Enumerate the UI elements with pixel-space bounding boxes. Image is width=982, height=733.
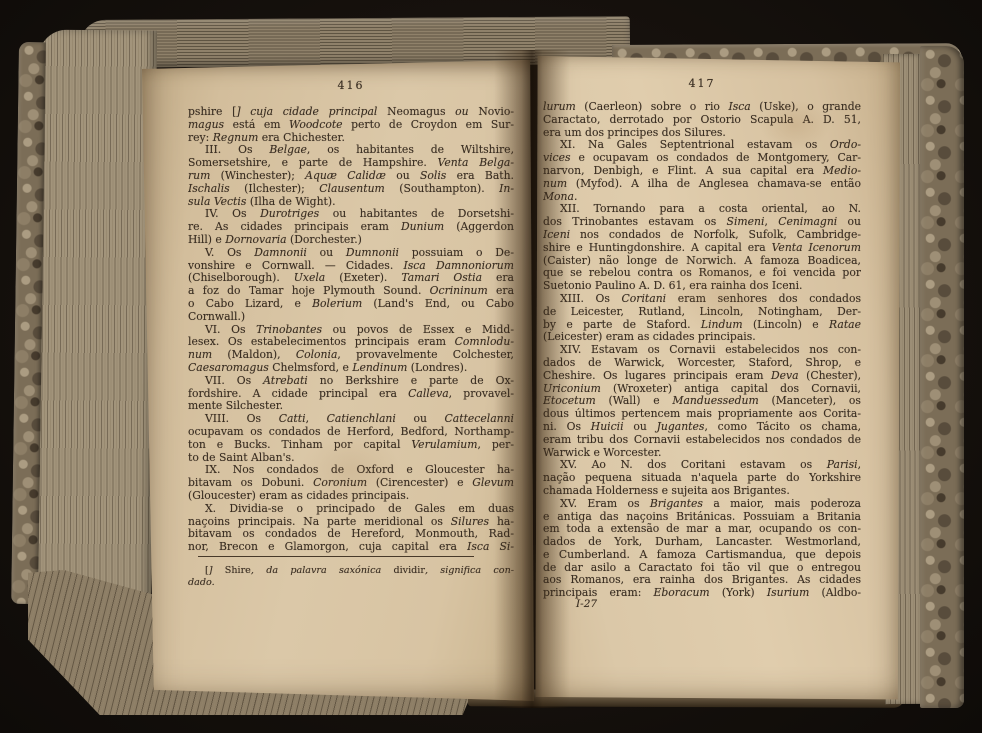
text-line: Etocetum (Wall) e Manduessedum (Manceter…: [543, 395, 861, 408]
text-line: XI. Na Gales Septentrional estavam os Or…: [543, 139, 861, 152]
text-line: VIII. Os Catti, Catienchlani ou Cattecel…: [188, 413, 514, 426]
text-line: e Cumberland. A famoza Cartismandua, que…: [543, 549, 861, 562]
book-fore-edge-page-stack: [33, 29, 157, 628]
text-line: Caesaromagus Chelmsford, e Lendinum (Lon…: [188, 362, 514, 375]
text-line: (Caister) não longe de Norwich. A famoza…: [543, 255, 861, 268]
text-line: dados de Warwick, Worcester, Staford, Sh…: [543, 357, 861, 370]
text-line: lesex. Os estabelecimentos principais er…: [188, 336, 514, 349]
text-line: re. As cidades principais eram Dunium (A…: [188, 221, 514, 234]
right-page-number: 417: [543, 77, 861, 90]
footnote-divider: [198, 556, 474, 557]
text-line: dos Trinobantes estavam os Simeni, Cenim…: [543, 216, 861, 229]
text-line: Hill) e Dornovaria (Dorchester.): [188, 234, 514, 247]
text-line: rum (Winchester); Aquæ Calidæ ou Solis e…: [188, 170, 514, 183]
text-line: Cornwall.): [188, 311, 514, 324]
text-line: narvon, Denbigh, e Flint. A sua capital …: [543, 165, 861, 178]
text-line: dous últimos pertencem mais propriamente…: [543, 408, 861, 421]
text-line: XII. Tornando para a costa oriental, ao …: [543, 203, 861, 216]
text-line: de dar asilo a Caractato foi tão vil que…: [543, 562, 861, 575]
text-line: shire e Huntingdonshire. A capital era V…: [543, 242, 861, 255]
text-line: Uriconium (Wroxeter) antiga capital dos …: [543, 383, 861, 396]
text-line: XV. Ao N. dos Coritani estavam os Parisi…: [543, 459, 861, 472]
text-line: vonshire e Cornwall. — Cidades. Isca Dam…: [188, 260, 514, 273]
text-line: [] Shire, da palavra saxónica dividir, s…: [188, 565, 514, 577]
text-line: de Leicester, Rutland, Lincoln, Notingha…: [543, 306, 861, 319]
text-line: bitavam os condados de Hereford, Monmout…: [188, 528, 514, 541]
text-line: aos Romanos, era rainha dos Brigantes. A…: [543, 574, 861, 587]
text-line: chamada Holderness e sujeita aos Brigant…: [543, 485, 861, 498]
text-line: by e parte de Staford. Lindum (Lincoln) …: [543, 319, 861, 332]
text-line: III. Os Belgae, os habitantes de Wiltshi…: [188, 144, 514, 157]
text-line: a foz do Tamar hoje Plymouth Sound. Ocri…: [188, 285, 514, 298]
text-line: Mona.: [543, 191, 861, 204]
text-line: era um dos principes dos Silures.: [543, 127, 861, 140]
left-page-footnote: [] Shire, da palavra saxónica dividir, s…: [188, 565, 514, 589]
text-line: o Cabo Lizard, e Bolerium (Land's End, o…: [188, 298, 514, 311]
gathering-signature-mark: I-27: [576, 598, 597, 610]
text-line: Iceni nos condados de Norfolk, Sufolk, C…: [543, 229, 861, 242]
text-line: vices e ocupavam os condados de Montgome…: [543, 152, 861, 165]
text-line: X. Dividia-se o principado de Gales em d…: [188, 503, 514, 516]
text-line: XV. Eram os Brigantes a maior, mais pode…: [543, 498, 861, 511]
text-line: Suetonio Paulino A. D. 61, era rainha do…: [543, 280, 861, 293]
text-line: ni. Os Huicii ou Jugantes, como Tácito o…: [543, 421, 861, 434]
text-line: (Gloucester) eram as cidades principais.: [188, 490, 514, 503]
text-line: bitavam os Dobuni. Coronium (Cirencester…: [188, 477, 514, 490]
text-line: nação pequena situada n'aquela parte do …: [543, 472, 861, 485]
text-line: fordshire. A cidade principal era Callev…: [188, 388, 514, 401]
text-line: num (Maldon), Colonia, provavelmente Col…: [188, 349, 514, 362]
text-line: IX. Nos condados de Oxford e Gloucester …: [188, 464, 514, 477]
text-line: ton e Bucks. Tinham por capital Verulami…: [188, 439, 514, 452]
text-line: Caractato, derrotado por Ostorio Scapula…: [543, 114, 861, 127]
text-line: lurum (Caerleon) sobre o rio Isca (Uske)…: [543, 101, 861, 114]
text-line: ocupavam os condados de Herford, Bedford…: [188, 426, 514, 439]
right-page-text: lurum (Caerleon) sobre o rio Isca (Uske)…: [543, 101, 861, 600]
text-line: IV. Os Durotriges ou habitantes de Dorse…: [188, 208, 514, 221]
text-line: VI. Os Trinobantes ou povos de Essex e M…: [188, 324, 514, 337]
text-line: mente Silchester.: [188, 400, 514, 413]
right-marbled-board: [920, 46, 964, 708]
text-line: dados de York, Durham, Lancaster. Westmo…: [543, 536, 861, 549]
text-line: sula Vectis (Ilha de Wight).: [188, 196, 514, 209]
text-line: nor, Brecon e Glamorgon, cuja capital er…: [188, 541, 514, 554]
text-line: to de Saint Alban's.: [188, 452, 514, 465]
text-line: XIII. Os Coritani eram senhores dos cond…: [543, 293, 861, 306]
text-line: V. Os Damnonii ou Dumnonii possuiam o De…: [188, 247, 514, 260]
text-line: pshire [] cuja cidade principal Neomagus…: [188, 106, 514, 119]
text-line: rey: Regnum era Chichester.: [188, 132, 514, 145]
text-line: dado.: [188, 577, 514, 589]
text-line: (Leicester) eram as cidades principais.: [543, 331, 861, 344]
text-line: (Chiselborough). Uxela (Exeter). Tamari …: [188, 272, 514, 285]
text-line: naçoins principais. Na parte meridional …: [188, 516, 514, 529]
left-page-number: 416: [188, 79, 514, 92]
text-line: em toda a extensão de mar a mar, ocupand…: [543, 523, 861, 536]
text-line: magus está em Woodcote perto de Croydon …: [188, 119, 514, 132]
text-line: eram tribu dos Cornavii estabelecidos no…: [543, 434, 861, 447]
open-book-photo: 416 417 pshire [] cuja cidade principal …: [0, 0, 982, 733]
text-line: XIV. Estavam os Cornavii estabelecidos n…: [543, 344, 861, 357]
text-line: Warwick e Worcester.: [543, 447, 861, 460]
text-line: Somersetshire, e parte de Hampshire. Ven…: [188, 157, 514, 170]
text-line: num (Myfod). A ilha de Anglesea chamava-…: [543, 178, 861, 191]
text-line: e antiga das naçoins Británicas. Possuia…: [543, 511, 861, 524]
left-page-text: pshire [] cuja cidade principal Neomagus…: [188, 106, 514, 554]
text-line: Cheshire. Os lugares principais eram Dev…: [543, 370, 861, 383]
text-line: que se rebelou contra os Romanos, e foi …: [543, 267, 861, 280]
text-line: VII. Os Atrebati no Berkshire e parte de…: [188, 375, 514, 388]
text-line: Ischalis (Ilchester); Clausentum (Southa…: [188, 183, 514, 196]
